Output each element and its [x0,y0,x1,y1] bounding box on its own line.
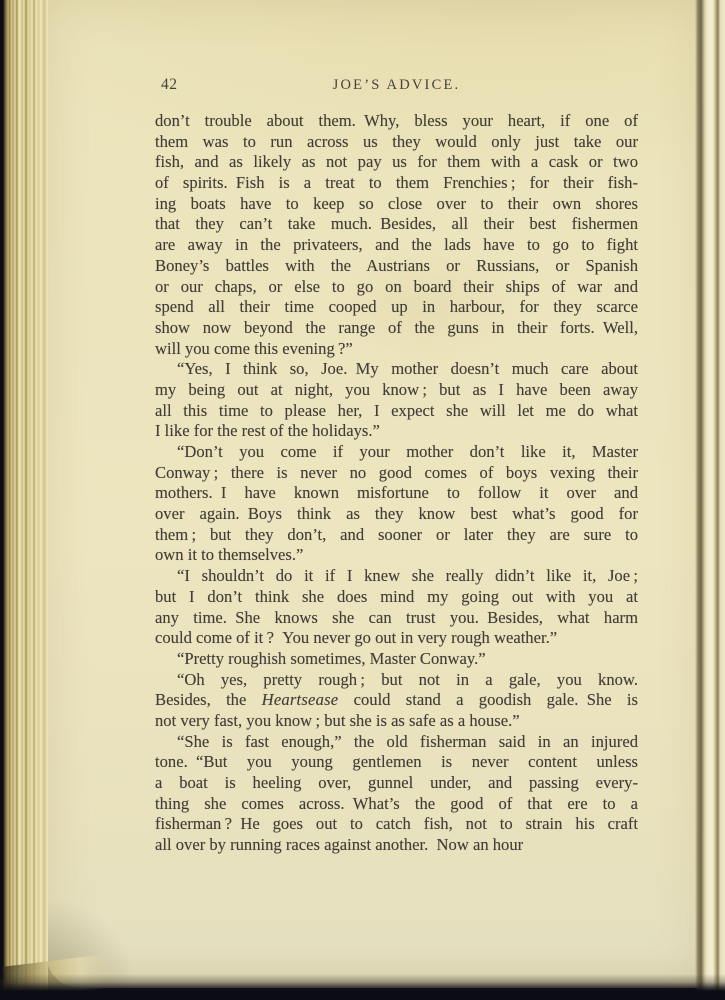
text-line: I like for the rest of the holidays.” [155,421,638,442]
text-line: Conway ; there is never no good comes of… [155,463,638,484]
adjacent-page-edge-right [695,0,725,1000]
text-line: fish, and as likely as not pay us for th… [155,152,638,173]
text-line: “I shouldn’t do it if I knew she really … [155,566,638,587]
text-line: could come of it ? You never go out in v… [155,628,638,649]
page-body: don’t trouble about them. Why, bless you… [155,111,638,856]
text-line: not very fast, you know ; but she is as … [155,711,638,732]
running-header: JOE’S ADVICE. [333,77,461,94]
text-line: a boat is heeling over, gunnel under, an… [155,773,638,794]
book-bottom-shadow [0,974,725,1000]
text-line: mothers. I have known misfortune to foll… [155,483,638,504]
text-line: “Oh yes, pretty rough ; but not in a gal… [155,670,638,691]
text-line: over again. Boys think as they know best… [155,504,638,525]
text-line: Boney’s battles with the Austrians or Ru… [155,256,638,277]
text-line: my being out at night, you know ; but as… [155,380,638,401]
text-line: “She is fast enough,” the old fisherman … [155,732,638,753]
text-line: them was to run across us they would onl… [155,132,638,153]
text-line: all this time to please her, I expect sh… [155,401,638,422]
text-line: all over by running races against anothe… [155,835,638,856]
text-line: are away in the privateers, and the lads… [155,235,638,256]
text-line: “Yes, I think so, Joe. My mother doesn’t… [155,359,638,380]
page-number: 42 [161,76,178,94]
printed-text-block: 42 JOE’S ADVICE. don’t trouble about the… [155,76,638,856]
text-line: of spirits. Fish is a treat to them Fren… [155,173,638,194]
text-line: any time. She knows she can trust you. B… [155,608,638,629]
text-line: but I don’t think she does mind my going… [155,587,638,608]
text-line: tone. “But you young gentlemen is never … [155,752,638,773]
page-header: 42 JOE’S ADVICE. [155,76,638,96]
text-line: spend all their time cooped up in harbou… [155,297,638,318]
text-line: “Pretty roughish sometimes, Master Conwa… [155,649,638,670]
text-line: ing boats have to keep so close over to … [155,194,638,215]
text-line: fisherman ? He goes out to catch fish, n… [155,814,638,835]
text-line: or our chaps, or else to go on board the… [155,277,638,298]
text-line: show now beyond the range of the guns in… [155,318,638,339]
text-line: thing she comes across. What’s the good … [155,794,638,815]
text-line: “Don’t you come if your mother don’t lik… [155,442,638,463]
text-line: own it to themselves.” [155,545,638,566]
text-line: will you come this evening ?” [155,339,638,360]
text-line: them ; but they don’t, and sooner or lat… [155,525,638,546]
text-line: Besides, the Heartsease could stand a go… [155,690,638,711]
text-line: that they can’t take much. Besides, all … [155,214,638,235]
book-page-edges-left [0,0,48,1000]
text-line: don’t trouble about them. Why, bless you… [155,111,638,132]
scanned-book-page: 42 JOE’S ADVICE. don’t trouble about the… [0,0,725,1000]
